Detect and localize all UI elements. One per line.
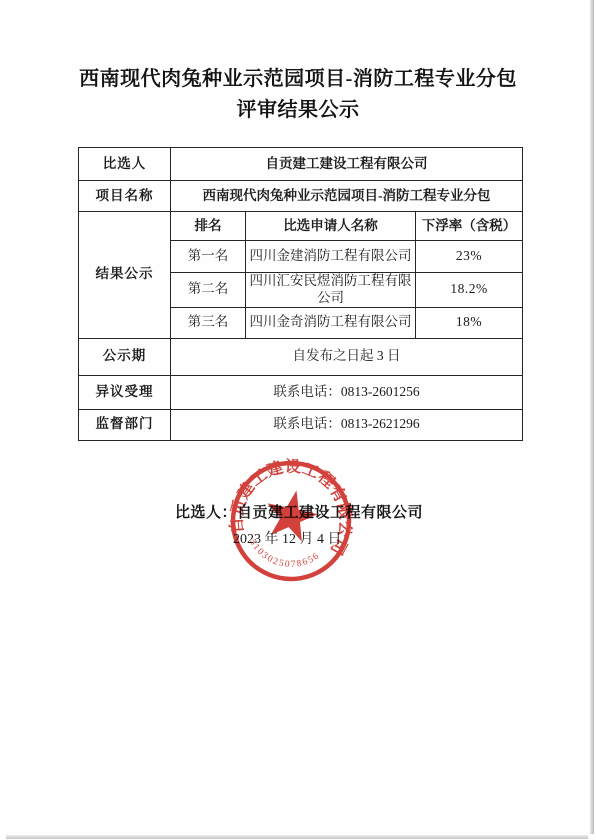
applicant-name-header: 比选申请人名称 (246, 212, 416, 241)
rate-header: 下浮率（含税） (416, 212, 523, 241)
publicity-period-label: 公示期 (79, 338, 171, 375)
table-row: 异议受理 联系电话：0813-2601256 (79, 375, 523, 409)
objection-phone: 联系电话：0813-2601256 (171, 375, 523, 409)
rank-cell: 第二名 (171, 273, 246, 308)
notice-table: 比选人 自贡建工建设工程有限公司 项目名称 西南现代肉兔种业示范园项目-消防工程… (78, 147, 523, 441)
title-line-2: 评审结果公示 (0, 95, 596, 126)
table-row: 公示期 自发布之日起 3 日 (79, 338, 523, 375)
bidder-value: 自贡建工建设工程有限公司 (171, 148, 523, 181)
applicant-cell: 四川汇安民煜消防工程有限公司 (246, 273, 416, 308)
seal-number-text: 5103025078656 (243, 536, 323, 577)
table-row: 监督部门 联系电话：0813-2621296 (79, 409, 523, 440)
objection-label: 异议受理 (79, 375, 171, 409)
project-name-label: 项目名称 (79, 181, 171, 212)
results-label: 结果公示 (79, 212, 171, 339)
rate-cell: 18.2% (416, 273, 523, 308)
rank-header: 排名 (171, 212, 246, 241)
applicant-cell: 四川金建消防工程有限公司 (246, 241, 416, 273)
scan-edge-bottom (6, 835, 588, 839)
title-line-1: 西南现代肉兔种业示范园项目-消防工程专业分包 (0, 64, 596, 95)
scan-edge-right (590, 0, 594, 834)
table-row: 结果公示 排名 比选申请人名称 下浮率（含税） (79, 212, 523, 241)
publicity-period-value: 自发布之日起 3 日 (171, 338, 523, 375)
rate-cell: 23% (416, 241, 523, 273)
scanned-document-page: 西南现代肉兔种业示范园项目-消防工程专业分包 评审结果公示 比选人 自贡建工建设… (0, 0, 596, 840)
supervision-phone: 联系电话：0813-2621296 (171, 409, 523, 440)
company-seal-stamp: 自贡建工建设工程有限公司 5103025078656 (214, 444, 368, 598)
table-row: 比选人 自贡建工建设工程有限公司 (79, 148, 523, 181)
bidder-label: 比选人 (79, 148, 171, 181)
document-title: 西南现代肉兔种业示范园项目-消防工程专业分包 评审结果公示 (0, 64, 596, 126)
supervision-label: 监督部门 (79, 409, 171, 440)
rank-cell: 第一名 (171, 241, 246, 273)
rate-cell: 18% (416, 307, 523, 338)
applicant-cell: 四川金奇消防工程有限公司 (246, 307, 416, 338)
seal-star-icon (261, 485, 321, 543)
table-row: 项目名称 西南现代肉兔种业示范园项目-消防工程专业分包 (79, 181, 523, 212)
rank-cell: 第三名 (171, 307, 246, 338)
project-name-value: 西南现代肉兔种业示范园项目-消防工程专业分包 (171, 181, 523, 212)
